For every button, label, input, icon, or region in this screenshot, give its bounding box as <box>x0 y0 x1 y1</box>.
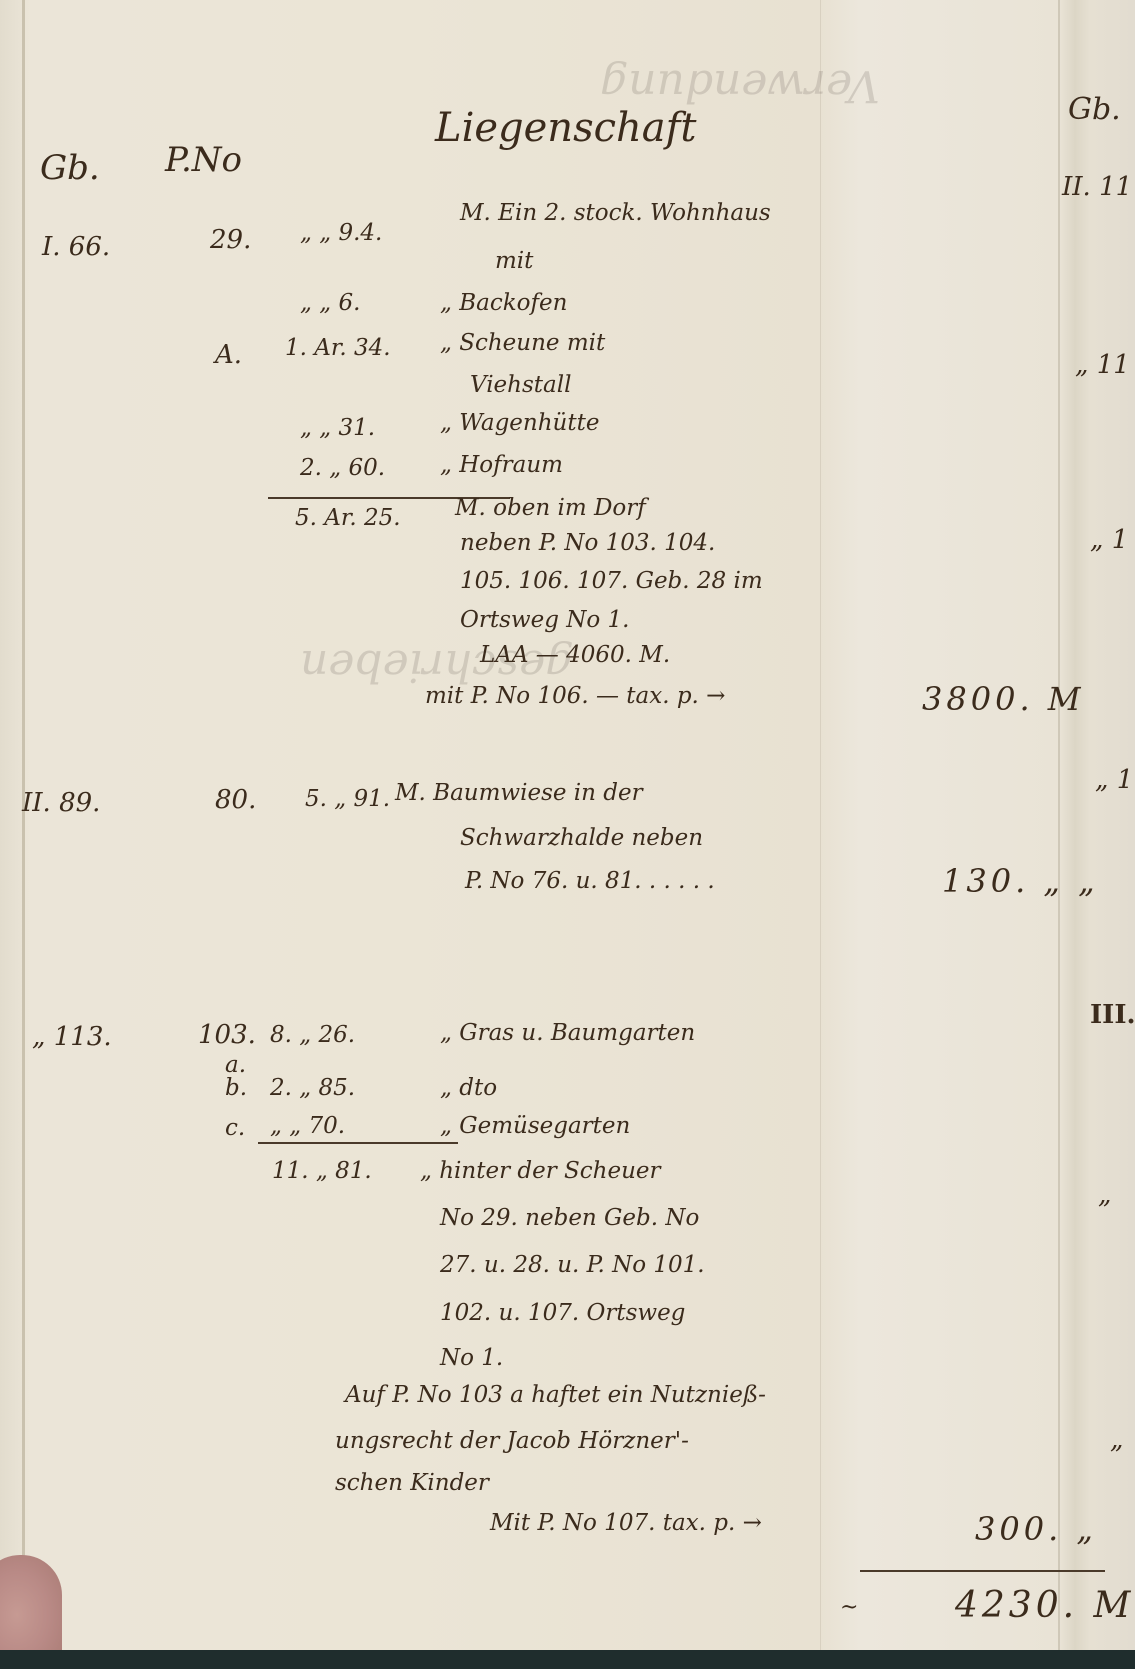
entry-amount: 3800. M <box>922 680 1085 718</box>
ledger-page: Verwendung geschrieben Gb. P.No Liegensc… <box>0 0 1135 1650</box>
entry-desc: „ dto <box>440 1075 497 1101</box>
entry-remark: ungsrecht der Jacob Hörzner'- <box>335 1428 689 1454</box>
right-column-header-gb: Gb. <box>1068 92 1121 127</box>
entry-desc: „ Backofen <box>440 290 567 316</box>
entry-area: „ „ 9.4. <box>300 220 382 246</box>
entry-location: No 29. neben Geb. No <box>440 1205 699 1231</box>
entry-gb: „ 113. <box>32 1022 112 1052</box>
right-margin-entry: „ 1 <box>1090 525 1128 555</box>
page-fold <box>820 0 821 1650</box>
entry-remark: schen Kinder <box>335 1470 489 1496</box>
column-header-gb: Gb. <box>40 148 100 188</box>
entry-location: „ hinter der Scheuer <box>420 1158 661 1184</box>
entry-location: 27. u. 28. u. P. No 101. <box>440 1252 705 1278</box>
total-marker: ~ <box>840 1595 858 1620</box>
entry-location: 102. u. 107. Ortsweg <box>440 1300 685 1326</box>
entry-gb: II. 89. <box>22 788 100 818</box>
entry-area: „ „ 70. <box>270 1113 345 1139</box>
entry-pnr: 80. <box>215 785 256 815</box>
entry-location: Ortsweg No 1. <box>460 607 629 633</box>
entry-location: Schwarzhalde neben <box>460 825 703 851</box>
entry-area: 2. „ 60. <box>300 455 385 481</box>
binding-fold <box>22 0 25 1650</box>
column-header-pnr: P.No <box>165 140 242 180</box>
page-title: Liegenschaft <box>435 105 696 151</box>
entry-desc: „ Scheune mit <box>440 330 605 356</box>
entry-value: LAA — 4060. M. <box>480 642 670 668</box>
entry-area: 8. „ 26. <box>270 1022 355 1048</box>
entry-area: 5. „ 91. <box>305 786 390 812</box>
right-margin-entry: „ <box>1098 1180 1111 1210</box>
right-margin-entry: „ <box>1110 1425 1123 1455</box>
page-edge <box>1058 0 1060 1650</box>
entry-area: 2. „ 85. <box>270 1075 355 1101</box>
entry-desc: mit <box>495 248 533 274</box>
entry-desc: „ Hofraum <box>440 452 563 478</box>
entry-note: mit P. No 106. — tax. p. → <box>425 683 725 709</box>
entry-location: P. No 76. u. 81. . . . . . <box>465 868 715 894</box>
entry-sub-label: b. <box>225 1075 247 1101</box>
entry-gb: I. 66. <box>42 232 110 262</box>
entry-desc: M. Ein 2. stock. Wohnhaus <box>460 200 771 226</box>
entry-sub-label: A. <box>215 340 242 370</box>
entry-desc: „ Gemüsegarten <box>440 1113 630 1139</box>
entry-location: neben P. No 103. 104. <box>460 530 715 556</box>
entry-location: 105. 106. 107. Geb. 28 im <box>460 568 763 594</box>
entry-total-area: 5. Ar. 25. <box>295 505 401 531</box>
entry-desc: „ Wagenhütte <box>440 410 599 436</box>
entry-sub-label: c. <box>225 1115 245 1141</box>
bleed-through-text: Verwendung <box>600 60 880 111</box>
entry-total-area: 11. „ 81. <box>272 1158 372 1184</box>
grand-total-amount: 4230. M <box>955 1585 1134 1626</box>
background-surface <box>0 1650 1135 1669</box>
entry-area: „ „ 31. <box>300 415 375 441</box>
right-margin-entry: „ 11 <box>1075 350 1130 380</box>
entry-location: M. oben im Dorf <box>455 495 646 521</box>
entry-desc: „ Gras u. Baumgarten <box>440 1020 695 1046</box>
right-margin-entry: II. 11 <box>1062 172 1132 202</box>
entry-remark: Auf P. No 103 a haftet ein Nutznieß- <box>345 1382 766 1408</box>
entry-location: No 1. <box>440 1345 503 1371</box>
right-margin-entry: „ 1 <box>1095 765 1133 795</box>
entry-amount: 300. „ <box>975 1510 1097 1548</box>
entry-area: 1. Ar. 34. <box>285 335 391 361</box>
entry-area: „ „ 6. <box>300 290 360 316</box>
entry-pnr: 103. <box>198 1020 256 1050</box>
sum-rule <box>258 1142 458 1144</box>
entry-pnr: 29. <box>210 225 251 255</box>
right-margin-entry: III. <box>1090 1000 1135 1030</box>
grand-total-rule <box>860 1570 1105 1572</box>
entry-amount: 130. „ „ <box>942 862 1099 900</box>
entry-location: M. Baumwiese in der <box>395 780 643 806</box>
entry-note: Mit P. No 107. tax. p. → <box>490 1510 762 1536</box>
entry-desc: Viehstall <box>470 372 571 398</box>
